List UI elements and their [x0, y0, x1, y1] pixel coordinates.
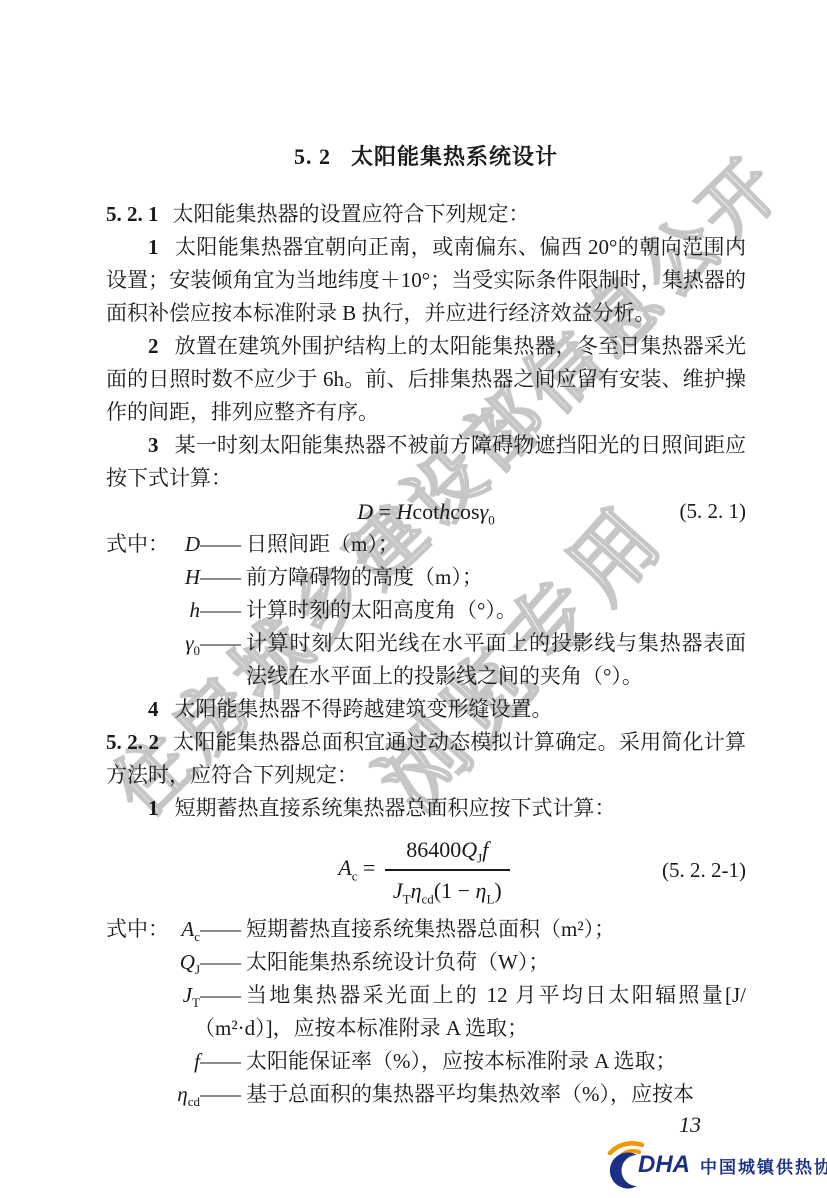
equals-sign: = [363, 855, 375, 880]
clause-5-2-1-heading: 5. 2. 1太阳能集热器的设置应符合下列规定： [106, 198, 746, 231]
var-H: H [397, 499, 413, 524]
definition-dash: —— [200, 561, 246, 594]
definition-text: 计算时刻太阳光线在水平面上的投影线与集热器表面法线在水平面上的投影线之间的夹角（… [246, 627, 746, 693]
where-prefix [106, 979, 170, 1045]
clause-text: 太阳能集热器总面积宜通过动态模拟计算确定。采用简化计算方法时，应符合下列规定： [106, 730, 746, 787]
where-prefix [106, 946, 170, 979]
clause-5-2-2-heading: 5. 2. 2太阳能集热器总面积宜通过动态模拟计算确定。采用简化计算方法时，应符… [106, 726, 746, 792]
item-text: 太阳能集热器宜朝向正南，或南偏东、偏西 20°的朝向范围内设置；安装倾角宜为当地… [106, 235, 746, 325]
symbol-eta-cd: ηcd [170, 1078, 200, 1111]
symbol-Q-letter: Q [180, 950, 195, 974]
clause-5-2-2-item-1: 1短期蓄热直接系统集热器总面积应按下式计算： [106, 792, 746, 825]
where-prefix [106, 594, 170, 627]
item-text: 放置在建筑外围护结构上的太阳能集热器，冬至日集热器采光面的日照时数不应少于 6h… [106, 334, 746, 424]
clause-number: 5. 2. 2 [106, 730, 159, 754]
where-row-h: h —— 计算时刻的太阳高度角（°）。 [106, 594, 746, 627]
definition-dash: —— [200, 627, 246, 693]
fraction: 86400QJf JTηcd(1 − ηL) [385, 833, 510, 907]
where-row-gamma: γ0 —— 计算时刻太阳光线在水平面上的投影线与集热器表面法线在水平面上的投影线… [106, 627, 746, 693]
equation-body: Ac = 86400QJf JTηcd(1 − ηL) [206, 833, 646, 907]
item-number: 2 [148, 334, 159, 358]
symbol-gamma: γ0 [170, 627, 200, 693]
var-h: h [439, 499, 450, 524]
var-gamma: γ [480, 499, 489, 524]
clause-5-2-1-item-3: 3某一时刻太阳能集热器不被前方障碍物遮挡阳光的日照间距应按下式计算： [106, 429, 746, 495]
section-title-number: 5. 2 [294, 144, 331, 169]
item-number: 4 [148, 697, 159, 721]
where-prefix: 式中： [106, 528, 170, 561]
where-prefix [106, 1078, 170, 1111]
document-page: 住房城乡建设部信息公开 浏览专用 5. 2太阳能集热系统设计 5. 2. 1太阳… [0, 0, 827, 1198]
symbol-Ac: Ac [170, 913, 200, 946]
clause-number: 5. 2. 1 [106, 202, 159, 226]
fraction-denominator: JTηcd(1 − ηL) [385, 871, 510, 907]
section-title-text: 太阳能集热系统设计 [351, 144, 558, 169]
symbol-A-letter: A [181, 917, 194, 941]
where-row-Ac: 式中： Ac —— 短期蓄热直接系统集热器总面积（m²）； [106, 913, 746, 946]
where-prefix [106, 561, 170, 594]
logo-crescent [610, 1153, 637, 1189]
item-number: 3 [148, 433, 159, 457]
definition-text: 当地集热器采光面上的 12 月平均日太阳辐照量[J/（m²·d）]，应按本标准附… [194, 979, 746, 1045]
equation-body: D = Hcothcosγ0 [206, 495, 646, 528]
definition-text: 短期蓄热直接系统集热器总面积（m²）； [246, 913, 746, 946]
where-row-H: H —— 前方障碍物的高度（m）； [106, 561, 746, 594]
equals-sign: = [379, 499, 391, 524]
item-text: 短期蓄热直接系统集热器总面积应按下式计算： [175, 796, 616, 820]
paren-close: ) [494, 878, 501, 903]
logo-organization-name: 中国城镇供热协会 [700, 1153, 827, 1178]
definition-text: 前方障碍物的高度（m）； [246, 561, 746, 594]
definition-text: 基于总面积的集热器平均集热效率（%），应按本 [246, 1078, 746, 1111]
definition-dash: —— [200, 946, 246, 979]
page-content: 5. 2太阳能集热系统设计 5. 2. 1太阳能集热器的设置应符合下列规定： 1… [106, 142, 746, 1111]
where-prefix [106, 1045, 170, 1078]
definition-dash: —— [200, 528, 246, 561]
equation-5-2-2-1: Ac = 86400QJf JTηcd(1 − ηL) (5. 2. 2-1) [106, 833, 746, 907]
where-row-f: f —— 太阳能保证率（%），应按本标准附录 A 选取； [106, 1045, 746, 1078]
symbol-eta-letter: η [177, 1082, 187, 1106]
var-Q: Q [461, 837, 477, 862]
equation-5-2-1: D = Hcothcosγ0 (5. 2. 1) [106, 495, 746, 528]
symbol-f: f [170, 1045, 200, 1078]
symbol-H: H [170, 561, 200, 594]
definition-text: 日照间距（m）； [246, 528, 746, 561]
symbol-D: D [170, 528, 200, 561]
section-title: 5. 2太阳能集热系统设计 [106, 142, 746, 172]
clause-5-2-1-item-2: 2放置在建筑外围护结构上的太阳能集热器，冬至日集热器采光面的日照时数不应少于 6… [106, 330, 746, 429]
item-text: 太阳能集热器不得跨越建筑变形缝设置。 [175, 697, 553, 721]
equation-number: (5. 2. 2-1) [646, 854, 746, 887]
var-A: A [338, 855, 351, 880]
definition-dash: —— [200, 594, 246, 627]
symbol-J-letter: J [183, 983, 192, 1007]
definition-dash: —— [200, 1045, 246, 1078]
where-row-eta-cd: ηcd —— 基于总面积的集热器平均集热效率（%），应按本 [106, 1078, 746, 1111]
page-number: 13 [679, 1112, 701, 1138]
clause-text: 太阳能集热器的设置应符合下列规定： [173, 202, 530, 226]
definition-text: 太阳能保证率（%），应按本标准附录 A 选取； [246, 1045, 746, 1078]
association-logo: DHA 中国城镇供热协会 [598, 1140, 827, 1190]
var-J: J [393, 878, 403, 903]
fn-cot: cot [412, 499, 439, 524]
var-J-subscript: T [403, 891, 411, 906]
var-A-subscript: c [352, 868, 358, 883]
paren-open: (1 − [434, 878, 476, 903]
coefficient-86400: 86400 [406, 837, 461, 862]
symbol-h: h [170, 594, 200, 627]
var-eta-subscript: cd [422, 891, 434, 906]
var-eta-L: η [476, 878, 487, 903]
clause-5-2-1-item-4: 4太阳能集热器不得跨越建筑变形缝设置。 [106, 693, 746, 726]
where-row-QJ: QJ —— 太阳能集热系统设计负荷（W）； [106, 946, 746, 979]
symbol-QJ: QJ [170, 946, 200, 979]
where-row-JT: JT —— 当地集热器采光面上的 12 月平均日太阳辐照量[J/（m²·d）]，… [106, 979, 746, 1045]
symbol-gamma-letter: γ [185, 631, 193, 655]
equation-number: (5. 2. 1) [646, 495, 746, 528]
fraction-numerator: 86400QJf [385, 833, 510, 871]
item-text: 某一时刻太阳能集热器不被前方障碍物遮挡阳光的日照间距应按下式计算： [106, 433, 746, 490]
where-row-D: 式中： D —— 日照间距（m）； [106, 528, 746, 561]
definition-dash: —— [200, 913, 246, 946]
var-D: D [357, 499, 373, 524]
item-number: 1 [148, 796, 159, 820]
clause-5-2-1-item-1: 1太阳能集热器宜朝向正南，或南偏东、偏西 20°的朝向范围内设置；安装倾角宜为当… [106, 231, 746, 330]
symbol-eta-subscript: cd [188, 1094, 200, 1109]
definition-text: 计算时刻的太阳高度角（°）。 [246, 594, 746, 627]
where-prefix [106, 627, 170, 693]
item-number: 1 [148, 235, 159, 259]
fn-cos: cos [450, 499, 479, 524]
var-gamma-subscript: 0 [488, 512, 495, 527]
logo-acronym-text: DHA [638, 1151, 690, 1179]
var-eta: η [411, 878, 422, 903]
var-f: f [482, 837, 488, 862]
where-prefix: 式中： [106, 913, 170, 946]
definition-dash: —— [200, 1078, 246, 1111]
definition-text: 太阳能集热系统设计负荷（W）； [246, 946, 746, 979]
